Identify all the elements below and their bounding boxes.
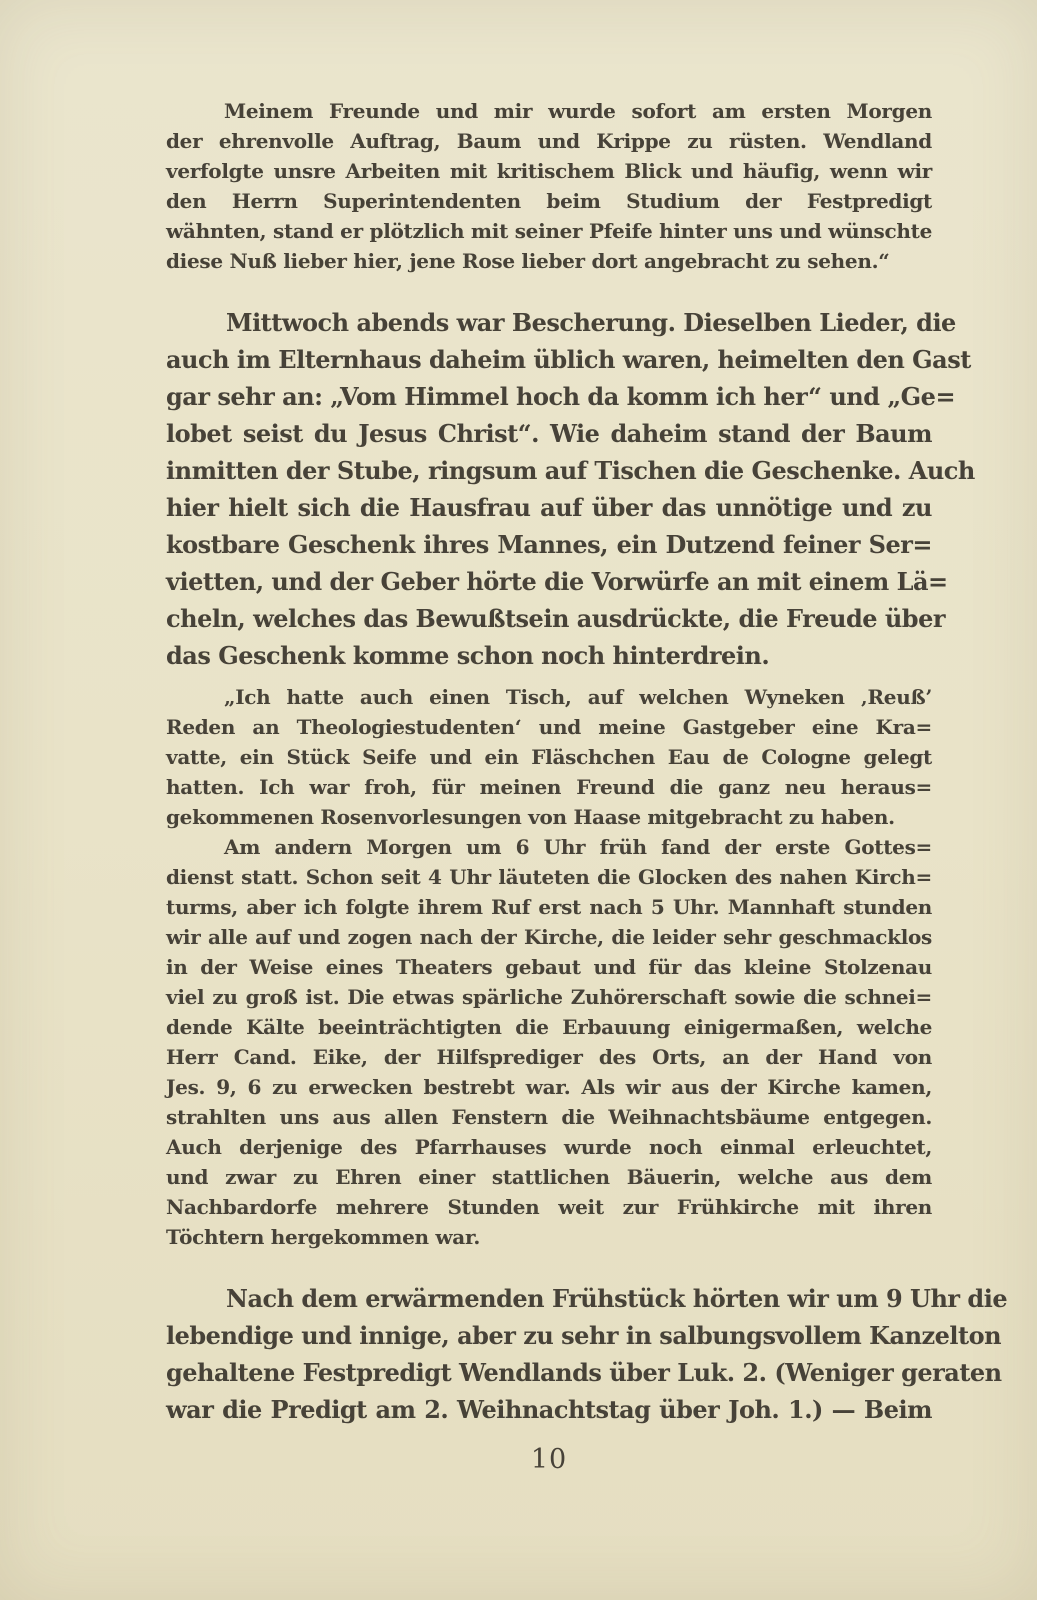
text-line: Nachbardorfe mehrere Stunden weit zur Fr… bbox=[166, 1192, 932, 1222]
text-column: Meinem Freunde und mir wurde sofort am e… bbox=[166, 96, 932, 1475]
text-line: der ehrenvolle Auftrag, Baum und Krippe … bbox=[166, 126, 932, 156]
text-line: Am andern Morgen um 6 Uhr früh fand der … bbox=[166, 832, 932, 862]
text-line: wähnten, stand er plötzlich mit seiner P… bbox=[166, 216, 932, 246]
text-line: vietten, und der Geber hörte die Vorwürf… bbox=[166, 563, 932, 600]
text-line: Töchtern hergekommen war. bbox=[166, 1222, 932, 1252]
text-line: lobet seist du Jesus Christ“. Wie daheim… bbox=[166, 415, 932, 452]
book-page: Meinem Freunde und mir wurde sofort am e… bbox=[0, 0, 1037, 1600]
text-line: dende Kälte beeinträchtigten die Erbauun… bbox=[166, 1012, 932, 1042]
text-line: gekommenen Rosenvorlesungen von Haase mi… bbox=[166, 802, 932, 832]
text-line: Reden an Theologiestudenten‘ und meine G… bbox=[166, 712, 932, 742]
text-line: Nach dem erwärmenden Frühstück hörten wi… bbox=[166, 1280, 932, 1317]
text-line: Jes. 9, 6 zu erwecken bestrebt war. Als … bbox=[166, 1072, 932, 1102]
text-line: vatte, ein Stück Seife und ein Fläschche… bbox=[166, 742, 932, 772]
text-line: den Herrn Superintendenten beim Studium … bbox=[166, 186, 932, 216]
text-line: in der Weise eines Theaters gebaut und f… bbox=[166, 952, 932, 982]
text-line: gehaltene Festpredigt Wendlands über Luk… bbox=[166, 1354, 932, 1391]
text-line: Herr Cand. Eike, der Hilfsprediger des O… bbox=[166, 1042, 932, 1072]
text-line: cheln, welches das Bewußtsein ausdrückte… bbox=[166, 600, 932, 637]
text-line: turms, aber ich folgte ihrem Ruf erst na… bbox=[166, 892, 932, 922]
text-line: diese Nuß lieber hier, jene Rose lieber … bbox=[166, 246, 932, 276]
text-line: inmitten der Stube, ringsum auf Tischen … bbox=[166, 452, 932, 489]
text-line: Mittwoch abends war Bescherung. Dieselbe… bbox=[166, 304, 932, 341]
text-line: hier hielt sich die Hausfrau auf über da… bbox=[166, 489, 932, 526]
page-number: 10 bbox=[166, 1444, 932, 1475]
paragraph: Am andern Morgen um 6 Uhr früh fand der … bbox=[166, 832, 932, 1252]
text-line: „Ich hatte auch einen Tisch, auf welchen… bbox=[166, 682, 932, 712]
text-line: hatten. Ich war froh, für meinen Freund … bbox=[166, 772, 932, 802]
text-line: strahlten uns aus allen Fenstern die Wei… bbox=[166, 1102, 932, 1132]
paragraph: Mittwoch abends war Bescherung. Dieselbe… bbox=[166, 304, 932, 674]
text-line: und zwar zu Ehren einer stattlichen Bäue… bbox=[166, 1162, 932, 1192]
text-line: Auch derjenige des Pfarrhauses wurde noc… bbox=[166, 1132, 932, 1162]
paragraph: Nach dem erwärmenden Frühstück hörten wi… bbox=[166, 1280, 932, 1428]
text-line: verfolgte unsre Arbeiten mit kritischem … bbox=[166, 156, 932, 186]
text-line: das Geschenk komme schon noch hinterdrei… bbox=[166, 637, 932, 674]
text-line: kostbare Geschenk ihres Mannes, ein Dutz… bbox=[166, 526, 932, 563]
text-line: viel zu groß ist. Die etwas spärliche Zu… bbox=[166, 982, 932, 1012]
text-line: auch im Elternhaus daheim üblich waren, … bbox=[166, 341, 932, 378]
text-line: gar sehr an: „Vom Himmel hoch da komm ic… bbox=[166, 378, 932, 415]
text-line: lebendige und innige, aber zu sehr in sa… bbox=[166, 1317, 932, 1354]
text-line: war die Predigt am 2. Weihnachtstag über… bbox=[166, 1391, 932, 1428]
text-line: Meinem Freunde und mir wurde sofort am e… bbox=[166, 96, 932, 126]
paragraph: „Ich hatte auch einen Tisch, auf welchen… bbox=[166, 682, 932, 832]
paragraph: Meinem Freunde und mir wurde sofort am e… bbox=[166, 96, 932, 276]
text-line: dienst statt. Schon seit 4 Uhr läuteten … bbox=[166, 862, 932, 892]
page-text: Meinem Freunde und mir wurde sofort am e… bbox=[166, 96, 932, 1428]
text-line: wir alle auf und zogen nach der Kirche, … bbox=[166, 922, 932, 952]
